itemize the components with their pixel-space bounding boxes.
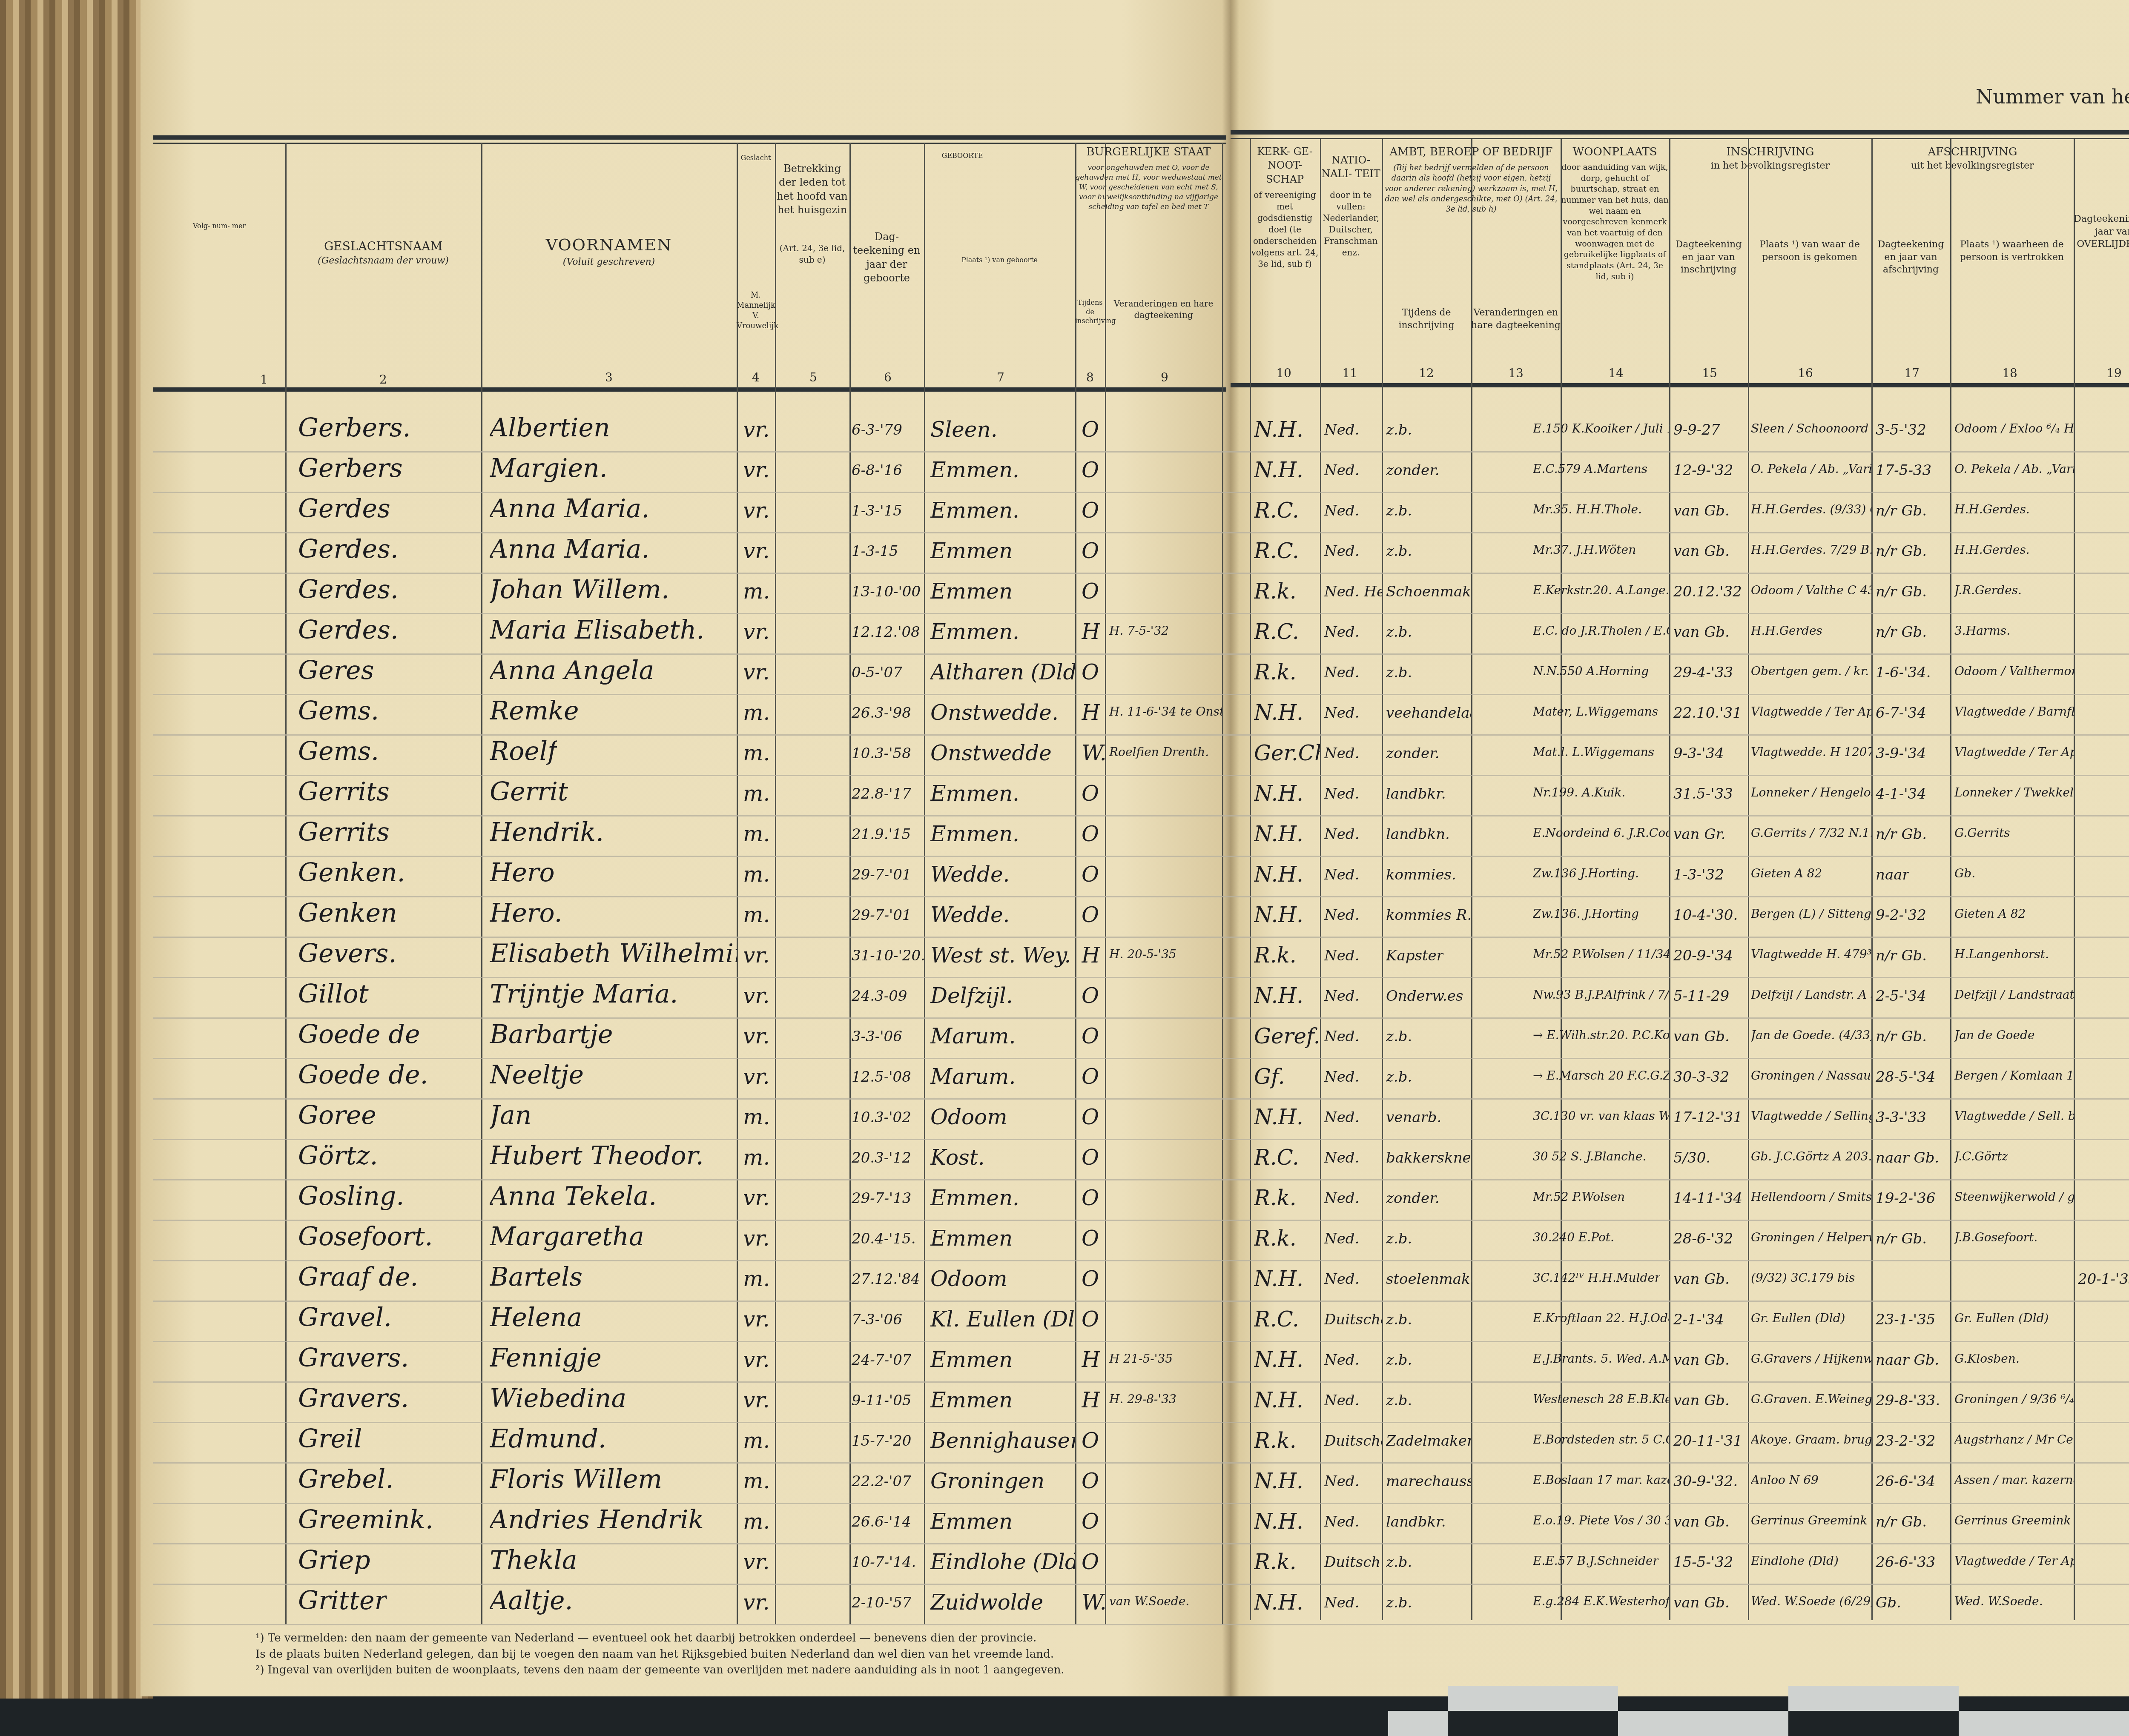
cell-occ: z.b.: [1386, 1352, 1412, 1369]
cell-civil: O: [1082, 1509, 1099, 1534]
cell-in-date: 5-11-29: [1673, 988, 1729, 1005]
cell-out-date: 3-9-'34: [1876, 745, 1926, 762]
cell-born: 22.8-'17: [852, 785, 911, 802]
cell-given: Margien.: [490, 453, 608, 483]
cell-given: Thekla: [490, 1545, 577, 1575]
cell-nat: Ned.: [1324, 624, 1359, 641]
cell-out-date: 6-7-'34: [1876, 705, 1926, 722]
cell-sex: vr.: [743, 1347, 770, 1372]
col-divider: [1669, 139, 1670, 1620]
cell-surname: Genken: [298, 898, 397, 928]
cell-place: Bennighausen (Dld): [930, 1428, 1075, 1453]
cell-surname: Gravel.: [298, 1303, 392, 1332]
cell-born: 31-10-'20.: [852, 947, 924, 964]
cell-church: Gf.: [1254, 1064, 1285, 1089]
cell-out-date: 17-5-33: [1876, 462, 1931, 479]
cell-church: N.H.: [1254, 1388, 1303, 1412]
cell-in-from: H.H.Gerdes. 7/29 B.C.174.: [1751, 543, 1871, 557]
cell-place: Odoom: [930, 1105, 1007, 1129]
cell-civil: O: [1082, 781, 1099, 806]
colnum-18: 18: [1997, 366, 2023, 380]
cell-nat: Ned.: [1324, 1190, 1359, 1207]
cell-address: Zw.136 J.Horting.: [1533, 866, 1639, 880]
cell-occ: venarb.: [1386, 1109, 1441, 1126]
colnum-10: 10: [1271, 366, 1297, 380]
cell-sex: m.: [743, 700, 770, 725]
row-ruling: [153, 1462, 2129, 1464]
cell-civil: O: [1082, 862, 1099, 887]
cell-address: E.o.19. Piete Vos / 30 397: [1533, 1513, 1669, 1527]
cell-address: Nr.199. A.Kuik.: [1533, 785, 1625, 799]
cell-civil: H: [1082, 1347, 1100, 1372]
header-col12: Tijdens de inschrijving: [1382, 307, 1471, 332]
cell-in-from: Vlagtwedde H. 479³: [1751, 947, 1871, 961]
header-col19: Dagteekening en jaar van OVERLIJDEN ²): [2074, 213, 2129, 251]
cell-out-date: 19-2-'36: [1876, 1190, 1935, 1207]
colnum-8: 8: [1077, 370, 1103, 384]
cell-surname: Greil: [298, 1424, 362, 1454]
cell-church: R.C.: [1254, 619, 1299, 644]
cell-given: Floris Willem: [490, 1464, 662, 1494]
row-ruling: [153, 815, 2129, 816]
cell-civil: O: [1082, 902, 1099, 927]
col-divider: [924, 143, 925, 1624]
header-col14: WOONPLAATSdoor aanduiding van wijk, dorp…: [1561, 145, 1669, 282]
cell-sex: m.: [743, 1266, 770, 1291]
cell-out-date: 3-3-'33: [1876, 1109, 1926, 1126]
cell-address: E.J.Brants. 5. Wed. A.Meintema: [1533, 1352, 1669, 1366]
cell-out-date: 3-5-'32: [1876, 421, 1926, 438]
cell-in-date: 5/30.: [1673, 1149, 1710, 1166]
cell-place: Onstwedde: [930, 741, 1052, 765]
cell-occ: z.b.: [1386, 1069, 1412, 1086]
row-ruling: [153, 1503, 2129, 1504]
cell-occ: bakkersknecht: [1386, 1149, 1471, 1166]
cell-nat: Ned.: [1324, 866, 1359, 883]
color-calibration-strip: [0, 1686, 2129, 1736]
cell-given: Andries Hendrik: [490, 1505, 704, 1535]
cell-church: N.H.: [1254, 983, 1303, 1008]
header-insch-note: in het bevolkingsregister: [1669, 160, 1871, 172]
cell-nat: Ned.: [1324, 543, 1359, 560]
row-ruling: [153, 1422, 2129, 1423]
cell-sex: vr.: [743, 1590, 770, 1615]
cell-out-to: Odoom / Valthermond ⁶/₄ H.J.B.Kuijser: [1954, 664, 2074, 678]
cell-nat: Ned.: [1324, 421, 1359, 438]
cell-given: Anna Maria.: [490, 534, 649, 564]
cell-place: Zuidwolde: [930, 1590, 1043, 1615]
cell-church: R.k.: [1254, 1226, 1297, 1251]
col-divider: [1748, 139, 1749, 1620]
cell-surname: Gems.: [298, 696, 379, 726]
cell-sex: vr.: [743, 1550, 770, 1574]
cell-occ: Onderw.es: [1386, 988, 1463, 1005]
header-burg-note: voor ongehuwden met O, voor de gehuwden …: [1075, 163, 1222, 212]
col-divider: [737, 143, 738, 1624]
header-col3-title: VOORNAMEN: [481, 234, 737, 256]
cell-place: Emmen: [930, 1388, 1013, 1412]
cell-occ: landbkn.: [1386, 826, 1450, 843]
colnum-16: 16: [1793, 366, 1818, 380]
cell-out-date: 29-8-'33.: [1876, 1392, 1940, 1409]
cell-surname: Gerdes.: [298, 534, 399, 564]
cell-place: Marum.: [930, 1024, 1016, 1048]
header-col5-note: (Art. 24, 3e lid, sub e): [775, 243, 849, 266]
cell-civil: O: [1082, 539, 1099, 563]
cell-surname: Gerbers.: [298, 413, 411, 443]
cell-out-date: 4-1-'34: [1876, 785, 1926, 802]
cell-place: Emmen.: [930, 781, 1019, 806]
cell-address: E.150 K.Kooiker / Juli 1928 / 9/31 Weerd…: [1533, 421, 1669, 435]
col-divider: [1950, 139, 1951, 1620]
cell-in-from: G.Gravers / Hijkenweg 2: [1751, 1352, 1871, 1366]
cell-occ: z.b.: [1386, 543, 1412, 560]
cell-in-date: 17-12-'31: [1673, 1109, 1742, 1126]
cell-born: 6-3-'79: [852, 421, 902, 438]
cell-surname: Griep: [298, 1545, 370, 1575]
cell-out-date: Gb.: [1876, 1594, 1901, 1611]
cell-nat: Ned.: [1324, 1230, 1359, 1247]
cell-out-date: 1-6-'34.: [1876, 664, 1931, 681]
cell-church: N.H.: [1254, 700, 1303, 725]
cell-civil: H: [1082, 1388, 1100, 1412]
cell-in-date: 31.5-'33: [1673, 785, 1733, 802]
header-afsch-title: AFSCHRIJVING: [1871, 145, 2074, 160]
cell-given: Wiebedina: [490, 1384, 626, 1413]
cell-surname: Grebel.: [298, 1464, 393, 1494]
cell-in-from: Delfzijl / Landstr. A 321.: [1751, 988, 1871, 1002]
cell-nat: Ned.: [1324, 1149, 1359, 1166]
cell-given: Trijntje Maria.: [490, 979, 678, 1009]
cell-occ: Zadelmaker: [1386, 1432, 1471, 1450]
cell-in-date: van Gb.: [1673, 1513, 1730, 1530]
cell-church: N.H.: [1254, 1266, 1303, 1291]
cell-out-date: 23-1-'35: [1876, 1311, 1935, 1328]
cell-place: Marum.: [930, 1064, 1016, 1089]
cell-address: Mr.35. H.H.Thole.: [1533, 502, 1642, 516]
footnote-1: ¹) Te vermelden: den naam der gemeente v…: [255, 1630, 1235, 1647]
calibration-square: [1618, 1711, 1788, 1736]
cell-in-from: O. Pekela / Ab. „Variatie": [1751, 462, 1871, 476]
cell-civil: O: [1082, 1145, 1099, 1170]
cell-nat: Ned.: [1324, 988, 1359, 1005]
col-divider: [1320, 139, 1321, 1620]
cell-place: West st. Wey.: [930, 943, 1071, 968]
cell-church: N.H.: [1254, 417, 1303, 442]
cell-civil: O: [1082, 1428, 1099, 1453]
cell-surname: Gerdes.: [298, 575, 399, 604]
cell-given: Hero.: [490, 898, 562, 928]
cell-death: 20-1-'33.: [2078, 1271, 2129, 1288]
cell-place: Kost.: [930, 1145, 985, 1170]
cell-out-to: Vlagtwedde / Barnflair H 296: [1954, 705, 2074, 719]
cell-born: 10.3-'02: [852, 1109, 911, 1126]
cell-surname: Gems.: [298, 736, 379, 766]
cell-occ: z.b.: [1386, 1554, 1412, 1571]
cell-address: Mr.37. J.H.Wöten: [1533, 543, 1636, 557]
cell-in-date: van Gb.: [1673, 502, 1730, 519]
header-col8: Tijdens de inschrijving: [1075, 298, 1105, 326]
cell-given: Anna Maria.: [490, 494, 649, 524]
cell-civil: O: [1082, 1024, 1099, 1048]
cell-sex: m.: [743, 822, 770, 846]
cell-place: Eindlohe (Dld): [930, 1550, 1075, 1574]
cell-born: 10-7-'14.: [852, 1554, 916, 1571]
cell-address: 30 52 S. J.Blanche.: [1533, 1149, 1646, 1163]
cell-sex: vr.: [743, 1388, 770, 1412]
cell-nat: Ned.: [1324, 705, 1359, 722]
cell-sex: m.: [743, 862, 770, 887]
cell-civil-change: H. 20-5-'35: [1109, 947, 1176, 961]
cell-surname: Gravers.: [298, 1343, 409, 1373]
cell-out-date: n/r Gb.: [1876, 624, 1927, 641]
cell-church: N.H.: [1254, 1509, 1303, 1534]
cell-surname: Gerdes: [298, 494, 390, 524]
row-ruling: [153, 1584, 2129, 1585]
cell-sex: m.: [743, 579, 770, 604]
cell-church: N.H.: [1254, 781, 1303, 806]
row-ruling: [153, 1381, 2129, 1383]
colnum-15: 15: [1697, 366, 1722, 380]
cell-civil: O: [1082, 417, 1099, 442]
cell-out-date: n/r Gb.: [1876, 583, 1927, 600]
cell-address: E.Kerkstr.20. A.Lange.: [1533, 583, 1669, 597]
cell-address: E.C.579 A.Martens: [1533, 462, 1647, 476]
cell-out-date: n/r Gb.: [1876, 947, 1927, 964]
cell-given: Jan: [490, 1100, 531, 1130]
cell-civil: O: [1082, 1266, 1099, 1291]
cell-civil: O: [1082, 579, 1099, 604]
cell-born: 2-10-'57: [852, 1594, 911, 1611]
cell-out-to: J.R.Gerdes.: [1954, 583, 2022, 597]
cell-address: → E.Wilh.str.20. P.C.Kool: [1533, 1028, 1669, 1042]
col-divider: [849, 143, 851, 1624]
cell-civil-change: H 21-5-'35: [1109, 1352, 1173, 1366]
cell-church: R.C.: [1254, 539, 1299, 563]
cell-place: Wedde.: [930, 902, 1010, 927]
cell-in-from: Akoye. Graam. brugge.: [1751, 1432, 1871, 1447]
cell-address: 30.240 E.Pot.: [1533, 1230, 1614, 1244]
cell-occ: marechaussee: [1386, 1473, 1471, 1490]
header-col9: Veranderingen en hare dagteekening: [1105, 298, 1222, 321]
cell-nat: Ned.: [1324, 664, 1359, 681]
cell-in-from: Gb. J.C.Görtz A 203.: [1751, 1149, 1871, 1163]
cell-civil: O: [1082, 498, 1099, 523]
colnum-14: 14: [1603, 366, 1629, 380]
cell-out-date: 28-5-'34: [1876, 1069, 1935, 1086]
cell-address: E.Noordeind 6. J.R.Cool. / 6/32 Oosterwe…: [1533, 826, 1669, 840]
cell-given: Maria Elisabeth.: [490, 615, 704, 645]
cell-address: E.E.57 B.J.Schneider: [1533, 1554, 1658, 1568]
colnum-11: 11: [1337, 366, 1363, 380]
col-divider: [1471, 139, 1472, 1620]
cell-out-date: n/r Gb.: [1876, 543, 1927, 560]
cell-out-to: J.C.Görtz: [1954, 1149, 2008, 1163]
cell-address: E.Bordsteden str. 5 C.Geerts: [1533, 1432, 1669, 1447]
cell-out-to: O. Pekela / Ab. „Variatie" ⁶/₄ H.Gerbers…: [1954, 462, 2074, 476]
calibration-square: [1959, 1711, 2129, 1736]
cell-nat: Ned.: [1324, 1109, 1359, 1126]
cell-in-from: Jan de Goede. (4/33) N.N. 073.: [1751, 1028, 1871, 1042]
cell-in-date: 30-3-32: [1673, 1069, 1729, 1086]
cell-nat: Ned.: [1324, 947, 1359, 964]
cell-born: 29-7-'01: [852, 907, 911, 924]
cell-out-date: n/r Gb.: [1876, 826, 1927, 843]
header-col4-title: Geslacht: [737, 153, 775, 163]
cell-address: Zw.136. J.Horting: [1533, 907, 1639, 921]
cell-nat: Ned.: [1324, 1028, 1359, 1045]
header-col14-note: door aanduiding van wijk, dorp, gehucht …: [1561, 162, 1669, 282]
cell-civil: O: [1082, 660, 1099, 685]
cell-born: 9-11-'05: [852, 1392, 911, 1409]
cell-civil: O: [1082, 1550, 1099, 1574]
cell-civil: O: [1082, 983, 1099, 1008]
cell-address: Mater, L.Wiggemans: [1533, 705, 1658, 719]
cell-occ: Schoenmaker: [1386, 583, 1471, 600]
cell-out-to: G.Klosben.: [1954, 1352, 2020, 1366]
cell-in-from: Vlagtwedde / Sellingerbeetse C 10ᴮ: [1751, 1109, 1871, 1123]
row-ruling: [153, 532, 2129, 533]
cell-in-from: Gr. Eullen (Dld): [1751, 1311, 1845, 1325]
row-ruling: [153, 1260, 2129, 1261]
cell-address: Nw.93 B.J.P.Alfrink / 7/30 Nw.407 H.Koer…: [1533, 988, 1669, 1002]
cell-born: 13-10-'00: [852, 583, 921, 600]
row-ruling: [153, 1058, 2129, 1059]
cell-out-to: Gb.: [1954, 866, 1975, 880]
col-divider: [285, 143, 287, 1624]
cell-place: Emmen.: [930, 1186, 1019, 1210]
cell-sex: vr.: [743, 539, 770, 563]
cell-given: Hubert Theodor.: [490, 1141, 704, 1171]
cell-out-to: Groningen / 9/36 ⁶/₄ Jol. Kaap.: [1954, 1392, 2074, 1406]
cell-address: Mr.52 P.Wolsen / 11/34 E.C.52 H.Langenho…: [1533, 947, 1669, 961]
cell-given: Hero: [490, 858, 555, 888]
cell-occ: veehandelaar.: [1386, 705, 1471, 722]
cell-out-date: 2-5-'34: [1876, 988, 1926, 1005]
cell-nat: Ned.: [1324, 462, 1359, 479]
header-ambt: AMBT, BEROEP OF BEDRIJF(Bij het bedrijf …: [1382, 145, 1561, 215]
header-afschrijving: AFSCHRIJVINGuit het bevolkingsregister: [1871, 145, 2074, 172]
cell-surname: Goree: [298, 1100, 376, 1130]
cell-place: Wedde.: [930, 862, 1010, 887]
cell-in-date: 30-9-'32.: [1673, 1473, 1738, 1490]
header-col1: Volg- num- mer: [153, 221, 285, 231]
cell-out-date: 9-2-'32: [1876, 907, 1926, 924]
cell-place: Delfzijl.: [930, 983, 1013, 1008]
cell-surname: Genken.: [298, 858, 405, 888]
cell-out-date: n/r Gb.: [1876, 1230, 1927, 1247]
cell-surname: Gerrits: [298, 817, 390, 847]
cell-out-to: Delfzijl / Landstraat 3.: [1954, 988, 2074, 1002]
header-inschrijving: INSCHRIJVINGin het bevolkingsregister: [1669, 145, 1871, 172]
header-col3-note: (Voluit geschreven): [481, 256, 737, 269]
cell-born: 27.12.'84: [852, 1271, 920, 1288]
cell-place: Emmen.: [930, 498, 1019, 523]
cell-out-to: J.B.Gosefoort.: [1954, 1230, 2037, 1244]
cell-church: R.C.: [1254, 1307, 1299, 1332]
cell-sex: vr.: [743, 660, 770, 685]
cell-in-from: Bergen (L) / Sittengewals.: [1751, 907, 1871, 921]
col-divider: [1222, 143, 1223, 1624]
cell-sex: vr.: [743, 1307, 770, 1332]
cell-out-to: Wed. W.Soede.: [1954, 1594, 2043, 1608]
colnum-9: 9: [1152, 370, 1177, 384]
cell-sex: vr.: [743, 1186, 770, 1210]
header-col10-note: of vereeniging met godsdienstig doel (te…: [1250, 189, 1320, 270]
cell-out-date: naar: [1876, 866, 1909, 883]
cell-civil: H: [1082, 700, 1100, 725]
footnote-1b: Is de plaats buiten Nederland gelegen, d…: [255, 1647, 1235, 1663]
col-divider: [1382, 139, 1383, 1620]
cell-born: 29-7-'01: [852, 866, 911, 883]
cell-civil: O: [1082, 1469, 1099, 1493]
cell-given: Edmund.: [490, 1424, 606, 1454]
cell-occ: z.b.: [1386, 1392, 1412, 1409]
cell-surname: Gillot: [298, 979, 369, 1009]
cell-in-date: van Gb.: [1673, 1028, 1730, 1045]
cell-born: 0-5-'07: [852, 664, 902, 681]
cell-in-from: Gieten A 82: [1751, 866, 1822, 880]
cell-out-to: Odoom / Exloo ⁶/₄ Hes, schilder A 271: [1954, 421, 2074, 435]
cell-given: Hendrik.: [490, 817, 604, 847]
cell-civil: O: [1082, 1307, 1099, 1332]
cell-sex: vr.: [743, 417, 770, 442]
colnum-17: 17: [1899, 366, 1925, 380]
cell-civil: O: [1082, 1186, 1099, 1210]
cell-in-date: 28-6-'32: [1673, 1230, 1733, 1247]
cell-surname: Görtz.: [298, 1141, 378, 1171]
cell-in-from: Groningen / Helperweg 92: [1751, 1230, 1871, 1244]
cell-civil: O: [1082, 822, 1099, 846]
cell-address: Mr.52 P.Wolsen: [1533, 1190, 1625, 1204]
calibration-square: [1388, 1711, 1448, 1736]
cell-surname: Gosling.: [298, 1181, 404, 1211]
cell-out-date: 26-6-'33: [1876, 1554, 1935, 1571]
cell-sex: vr.: [743, 1024, 770, 1048]
cell-place: Altharen (Dld): [930, 660, 1075, 685]
cell-in-from: G.Gerrits / 7/32 N.1.97.: [1751, 826, 1871, 840]
colnum-7: 7: [988, 370, 1013, 384]
cell-surname: Gerbers: [298, 453, 403, 483]
header-col10-title: KERK- GE- NOOT- SCHAP: [1250, 145, 1320, 186]
cell-church: N.H.: [1254, 822, 1303, 846]
cell-occ: kommies R.D.B.: [1386, 907, 1471, 924]
cell-church: R.k.: [1254, 943, 1297, 968]
cell-in-date: van Gb.: [1673, 1271, 1730, 1288]
col-divider: [775, 143, 776, 1624]
cell-given: Anna Angela: [490, 656, 654, 685]
cell-out-to: Gr. Eullen (Dld): [1954, 1311, 2049, 1325]
colnum-1: 1: [251, 372, 277, 387]
cell-occ: z.b.: [1386, 664, 1412, 681]
cell-sex: m.: [743, 1469, 770, 1493]
cell-in-date: van Gr.: [1673, 826, 1726, 843]
row-ruling: [153, 734, 2129, 736]
cell-in-from: Anloo N 69: [1751, 1473, 1819, 1487]
cell-given: Bartels: [490, 1262, 582, 1292]
cell-sex: m.: [743, 1509, 770, 1534]
cell-sex: vr.: [743, 1064, 770, 1089]
cell-address: 3C.142ᴵⱽ H.H.Mulder: [1533, 1271, 1660, 1285]
cell-occ: landbkr.: [1386, 1513, 1446, 1530]
cell-out-date: n/r Gb.: [1876, 1513, 1927, 1530]
header-top-rule-right-thin: [1231, 138, 2129, 139]
cell-occ: zonder.: [1386, 745, 1440, 762]
col-divider: [1871, 139, 1873, 1620]
cell-out-to: H.H.Gerdes.: [1954, 543, 2030, 557]
row-ruling: [153, 775, 2129, 776]
cell-place: Emmen: [930, 1347, 1013, 1372]
